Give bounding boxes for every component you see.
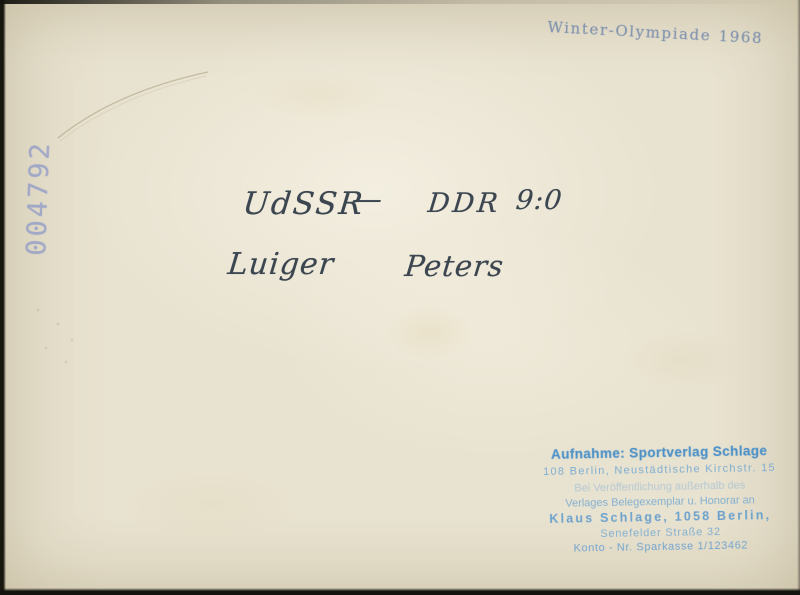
paper-stain: [120, 470, 300, 540]
scan-edge-left: [0, 0, 6, 595]
paper-stain: [385, 305, 475, 360]
photo-back-scan: Winter-Olympiade 1968 004792 UdSSR — DDR…: [0, 0, 800, 595]
scan-edge-bottom: [0, 588, 800, 595]
handwriting-team2: DDR: [426, 188, 502, 219]
agency-stamp: Aufnahme: Sportverlag Schlage 108 Berlin…: [534, 442, 786, 557]
handwriting-name-right: Peters: [403, 249, 506, 283]
scan-edge-top: [0, 0, 800, 4]
handwriting-team1: UdSSR: [241, 186, 366, 222]
agency-stamp-line: Konto - Nr. Sparkasse 1/123462: [536, 538, 786, 557]
paper-stain: [620, 330, 740, 390]
handwriting-score: 9:0: [514, 185, 564, 216]
handwriting-name-left: Luiger: [226, 247, 336, 282]
crease-mark: [40, 58, 240, 153]
event-stamp: Winter-Olympiade 1968: [547, 18, 764, 47]
handwriting-dash: —: [350, 182, 384, 217]
ink-speckles: [28, 300, 88, 380]
paper-stain: [250, 70, 390, 120]
agency-stamp-line: 108 Berlin, Neustädtische Kirchstr. 15: [534, 461, 784, 480]
serial-number-stamp: 004792: [20, 122, 55, 275]
